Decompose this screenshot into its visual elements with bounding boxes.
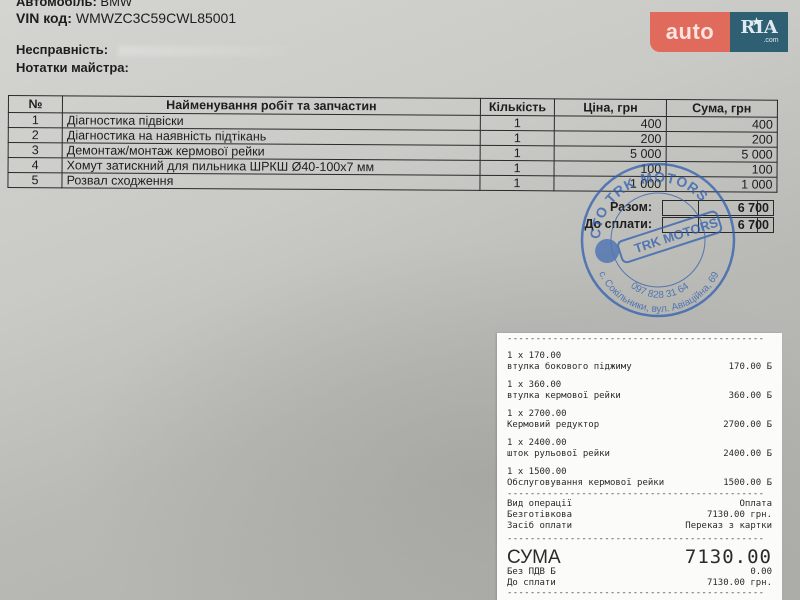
sum-row: СУМА 7130.00 [507,548,772,567]
row-number: 5 [8,173,62,188]
row-sum: 200 [666,132,777,148]
receipt-divider: ----------------------------------------… [507,490,772,499]
vat-value: 0.00 [750,567,772,578]
receipt-item-name: Обслуговування кермової рейки [507,478,664,489]
receipt-item-qty: 1 x 2700.00 [507,409,772,420]
row-qty: 1 [480,160,555,175]
receipt-divider: ----------------------------------------… [507,589,772,598]
row-sum: 400 [666,117,777,133]
col-sum: Сума, грн [666,100,777,118]
receipt-divider: ----------------------------------------… [507,535,772,544]
cashless-row: Безготівкова 7130.00 грн. [507,510,772,521]
receipt-due-value: 7130.00 грн. [707,578,772,589]
payment-receipt: ----------------------------------------… [497,333,782,600]
svg-text:с. Сокільники, вул. Авіаційна,: с. Сокільники, вул. Авіаційна, 69 [596,250,727,326]
vat-label: Без ПДВ Б [507,567,556,578]
col-number: № [8,96,62,113]
receipt-due-row: До сплати 7130.00 грн. [507,578,772,589]
vat-row: Без ПДВ Б 0.00 [507,567,772,578]
row-number: 2 [8,128,62,143]
col-qty: Кількість [480,98,555,115]
receipt-item-name: втулка бокового піджиму [507,362,632,373]
receipt-item-line: Обслуговування кермової рейки1500.00 Б [507,478,772,489]
sum-label: СУМА [507,548,561,567]
col-price: Ціна, грн [555,99,666,117]
logo-auto: auto [650,12,730,52]
receipt-item-qty: 1 x 170.00 [507,351,772,362]
receipt-due-label: До сплати [507,578,556,589]
fault-label: Несправність: [16,42,108,57]
receipt-item-line: Кермовий редуктор2700.00 Б [507,420,772,431]
receipt-item: 1 x 360.00втулка кермової рейки360.00 Б [507,380,772,402]
cashless-value: 7130.00 грн. [707,510,772,521]
row-name: Розвал сходження [62,173,480,191]
receipt-item: 1 x 170.00втулка бокового піджиму170.00 … [507,351,772,373]
payment-method-label: Засіб оплати [507,521,572,532]
receipt-item-name: втулка кермової рейки [507,391,621,402]
receipt-divider: ----------------------------------------… [507,335,772,344]
operation-value: Оплата [739,499,772,510]
logo-ria: ★ RIA .com [730,12,788,52]
receipt-item-line: втулка бокового піджиму170.00 Б [507,362,772,373]
receipt-item-amount: 2400.00 Б [723,449,772,460]
receipt-item-line: втулка кермової рейки360.00 Б [507,391,772,402]
car-field: Автомобіль: BMW [16,0,132,9]
receipt-item-qty: 1 x 360.00 [507,380,772,391]
operation-row: Вид операції Оплата [507,499,772,510]
receipt-item-name: шток рульової рейки [507,449,610,460]
logo-dotcom: .com [763,37,778,45]
payment-method-row: Засіб оплати Переказ з картки [507,521,772,532]
row-qty: 1 [480,115,555,130]
receipt-item: 1 x 2700.00Кермовий редуктор2700.00 Б [507,409,772,431]
car-value: BMW [100,0,132,9]
vin-value: WMWZC3C59CWL85001 [76,10,236,26]
stamp-address: с. Сокільники, вул. Авіаційна, 69 [596,250,727,326]
operation-label: Вид операції [507,499,572,510]
row-price: 200 [555,131,666,147]
vin-label: VIN код: [16,10,72,26]
row-price: 400 [555,116,666,132]
fault-field: Несправність: [16,42,288,57]
row-qty: 1 [480,175,555,190]
payment-method-value: Переказ з картки [685,521,772,532]
notes-field: Нотатки майстра: [16,60,129,75]
autoria-logo: auto ★ RIA .com [650,12,788,52]
notes-label: Нотатки майстра: [16,60,129,75]
stamp-center-text: TRK MOTORS [632,215,720,256]
receipt-item-qty: 1 x 2400.00 [507,438,772,449]
row-qty: 1 [480,130,555,145]
receipt-item-line: шток рульової рейки2400.00 Б [507,449,772,460]
receipt-item-name: Кермовий редуктор [507,420,599,431]
row-number: 1 [8,113,62,128]
vin-field: VIN код: WMWZC3C59CWL85001 [16,10,236,26]
receipt-items: 1 x 170.00втулка бокового піджиму170.00 … [507,351,772,489]
receipt-item-amount: 2700.00 Б [723,420,772,431]
star-icon: ★ [752,14,761,32]
company-stamp: СТО TRK MOTORS TRK MOTORS 097 828 31 64 … [565,147,750,332]
sum-value: 7130.00 [685,548,772,567]
car-label: Автомобіль: [16,0,97,9]
row-number: 4 [8,158,62,173]
receipt-item-amount: 170.00 Б [729,362,772,373]
receipt-item-qty: 1 x 1500.00 [507,467,772,478]
receipt-item: 1 x 1500.00Обслуговування кермової рейки… [507,467,772,489]
receipt-item-amount: 360.00 Б [729,391,772,402]
row-number: 3 [8,143,62,158]
row-qty: 1 [480,145,555,160]
cashless-label: Безготівкова [507,510,572,521]
receipt-item-amount: 1500.00 Б [723,478,772,489]
wrench-icon [593,237,621,265]
redacted-value [118,46,288,56]
receipt-item: 1 x 2400.00шток рульової рейки2400.00 Б [507,438,772,460]
